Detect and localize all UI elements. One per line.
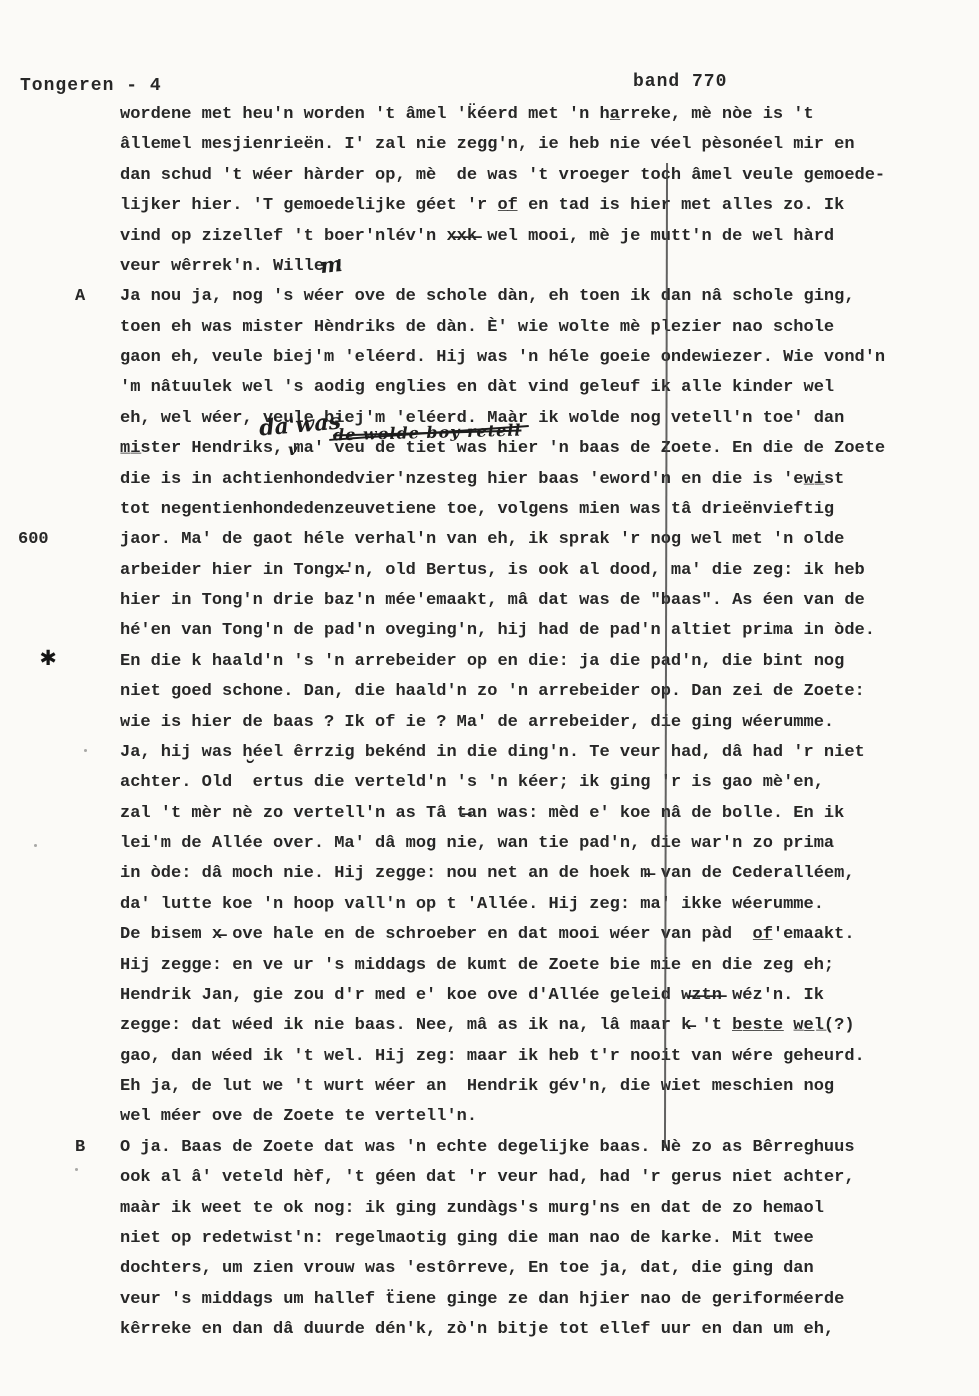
text-line: kêrreke en dan dâ duurde dén'k, zò'n bit… <box>120 1315 885 1345</box>
scan-speck <box>84 749 87 752</box>
text-line: vind op zizellef 't boer'nlév'n x̶x̶k̶ w… <box>120 222 885 252</box>
scan-speck <box>75 1168 78 1171</box>
text-line: dan schud 't wéer hàrder op, mè de was '… <box>120 161 885 191</box>
line-text: wordene met heu'n worden 't âmel 'k̈éerd… <box>120 105 814 124</box>
line-text: veur wêrrek'n. Wille ! <box>120 257 344 276</box>
text-line: 600jaor. Ma' de gaot héle verhal'n van e… <box>120 525 885 555</box>
line-text: Hij zegge: en ve ur 's middags de kumt d… <box>120 956 834 975</box>
text-line: veur wêrrek'n. Wille ! <box>120 252 885 282</box>
line-text: hier in Tong'n drie baz'n mée'emaakt, mâ… <box>120 591 865 610</box>
text-line: dochters, um zien vrouw was 'estôrreve, … <box>120 1254 885 1284</box>
line-text: niet op redetwist'n: regelmaotig ging di… <box>120 1229 814 1248</box>
text-line: in òde: dâ moch nie. Hij zegge: nou net … <box>120 859 885 889</box>
text-line: BO ja. Baas de Zoete dat was 'n echte de… <box>120 1133 885 1163</box>
text-line: âllemel mesjienrieën. I' zal nie zegg'n,… <box>120 130 885 160</box>
text-line: niet op redetwist'n: regelmaotig ging di… <box>120 1224 885 1254</box>
line-text: maàr ik weet te ok nog: ik ging zundàgs'… <box>120 1199 824 1218</box>
text-line: arbeider hier in Tongx̶'n, old Bertus, i… <box>120 556 885 586</box>
line-text: kêrreke en dan dâ duurde dén'k, zò'n bit… <box>120 1320 834 1339</box>
text-line: da' lutte koe 'n hoop vall'n op t 'Allée… <box>120 890 885 920</box>
text-line: zal 't mèr nè zo vertell'n as Tâ t̶an wa… <box>120 799 885 829</box>
margin-mark: B <box>75 1133 85 1163</box>
text-line: wel méer ove de Zoete te vertell'n. <box>120 1102 885 1132</box>
line-text: O ja. Baas de Zoete dat was 'n echte deg… <box>120 1138 855 1157</box>
text-line: Eh ja, de lut we 't wurt wéer an Hendrik… <box>120 1072 885 1102</box>
text-line: ✱En die k haald'n 's 'n arrebeider op en… <box>120 647 885 677</box>
text-line: hé'en van Tong'n de pad'n oveging'n, hij… <box>120 616 885 646</box>
insertion-caret-icon: v <box>288 440 297 459</box>
text-line: De bisem x̶ ove hale en de schroeber en … <box>120 920 885 950</box>
text-line: gao, dan wéed ik 't wel. Hij zeg: maar i… <box>120 1042 885 1072</box>
line-text: gao, dan wéed ik 't wel. Hij zeg: maar i… <box>120 1047 865 1066</box>
margin-mark: ✱ <box>40 644 56 674</box>
line-text: die is in achtienhondedvier'nzesteg hier… <box>120 470 844 489</box>
text-line: veur 's middags um hallef ẗiene ginge z… <box>120 1285 885 1315</box>
text-line: wordene met heu'n worden 't âmel 'k̈éerd… <box>120 100 885 130</box>
line-text: toen eh was mister Hèndriks de dàn. È' w… <box>120 318 834 337</box>
text-line: toen eh was mister Hèndriks de dàn. È' w… <box>120 313 885 343</box>
line-text: Ja, hij was héel êrrzig bekénd in die di… <box>120 743 865 762</box>
text-line: 'm nâtuulek wel 's aodig englies en dàt … <box>120 373 885 403</box>
line-text: m̲i̲ster Hendriks, ma' veu de tiet was h… <box>120 439 885 458</box>
scanned-document-page: { "header": { "left": "Tongeren - 4", "r… <box>0 0 979 1396</box>
handwritten-letter-m: m <box>319 251 344 278</box>
margin-mark: A <box>75 282 85 312</box>
text-line: lijker hier. 'T gemoedelijke géet 'r o̲f… <box>120 191 885 221</box>
line-text: ook al â' veteld hèf, 't géen dat 'r veu… <box>120 1168 855 1187</box>
line-text: lijker hier. 'T gemoedelijke géet 'r o̲f… <box>120 196 844 215</box>
line-text: Hendrik Jan, gie zou d'r med e' koe ove … <box>120 986 824 1005</box>
text-line: AJa nou ja, nog 's wéer ove de schole dà… <box>120 282 885 312</box>
page-title: Tongeren - 4 <box>20 76 162 96</box>
text-line: niet goed schone. Dan, die haald'n zo 'n… <box>120 677 885 707</box>
text-line: hier in Tong'n drie baz'n mée'emaakt, mâ… <box>120 586 885 616</box>
line-text: zal 't mèr nè zo vertell'n as Tâ t̶an wa… <box>120 804 844 823</box>
line-text: zegge: dat wéed ik nie baas. Nee, mâ as … <box>120 1016 855 1035</box>
line-text: Ja nou ja, nog 's wéer ove de schole dàn… <box>120 287 855 306</box>
line-text: hé'en van Tong'n de pad'n oveging'n, hij… <box>120 621 875 640</box>
line-text: En die k haald'n 's 'n arrebeider op en … <box>120 652 844 671</box>
text-line: Hij zegge: en ve ur 's middags de kumt d… <box>120 951 885 981</box>
line-text: in òde: dâ moch nie. Hij zegge: nou net … <box>120 864 855 883</box>
line-text: lei'm de Allée over. Ma' dâ mog nie, wan… <box>120 834 834 853</box>
margin-mark: 600 <box>18 525 49 555</box>
line-text: âllemel mesjienrieën. I' zal nie zegg'n,… <box>120 135 855 154</box>
line-text: vind op zizellef 't boer'nlév'n x̶x̶k̶ w… <box>120 227 834 246</box>
text-line: Ja, hij was héel êrrzig bekénd in die di… <box>120 738 885 768</box>
text-line: lei'm de Allée over. Ma' dâ mog nie, wan… <box>120 829 885 859</box>
text-line: tot negentienhondedenzeuvetiene toe, vol… <box>120 495 885 525</box>
line-text: dan schud 't wéer hàrder op, mè de was '… <box>120 166 885 185</box>
scan-speck <box>34 844 37 847</box>
text-line: Hendrik Jan, gie zou d'r med e' koe ove … <box>120 981 885 1011</box>
text-line: die is in achtienhondedvier'nzesteg hier… <box>120 465 885 495</box>
transcript: wordene met heu'n worden 't âmel 'k̈éerd… <box>120 100 885 1345</box>
line-text: niet goed schone. Dan, die haald'n zo 'n… <box>120 682 865 701</box>
band-number: band 770 <box>633 72 727 92</box>
line-text: da' lutte koe 'n hoop vall'n op t 'Allée… <box>120 895 824 914</box>
line-text: wie is hier de baas ? Ik of ie ? Ma' de … <box>120 713 834 732</box>
line-text: tot negentienhondedenzeuvetiene toe, vol… <box>120 500 834 519</box>
line-text: dochters, um zien vrouw was 'estôrreve, … <box>120 1259 814 1278</box>
line-text: Eh ja, de lut we 't wurt wéer an Hendrik… <box>120 1077 834 1096</box>
line-text: jaor. Ma' de gaot héle verhal'n van eh, … <box>120 530 844 549</box>
text-line: achter. Old ertus die verteld'n 's 'n ké… <box>120 768 885 798</box>
text-line: wie is hier de baas ? Ik of ie ? Ma' de … <box>120 708 885 738</box>
text-line: zegge: dat wéed ik nie baas. Nee, mâ as … <box>120 1011 885 1041</box>
text-line: ook al â' veteld hèf, 't géen dat 'r veu… <box>120 1163 885 1193</box>
line-text: achter. Old ertus die verteld'n 's 'n ké… <box>120 773 824 792</box>
line-text: arbeider hier in Tongx̶'n, old Bertus, i… <box>120 561 865 580</box>
line-text: wel méer ove de Zoete te vertell'n. <box>120 1107 477 1126</box>
text-line: gaon eh, veule biej'm 'eléerd. Hij was '… <box>120 343 885 373</box>
line-text: veur 's middags um hallef ẗiene ginge z… <box>120 1290 844 1309</box>
line-text: gaon eh, veule biej'm 'eléerd. Hij was '… <box>120 348 885 367</box>
line-text: De bisem x̶ ove hale en de schroeber en … <box>120 925 855 944</box>
handwritten-correction-mark: ˘ <box>243 757 254 783</box>
text-line: maàr ik weet te ok nog: ik ging zundàgs'… <box>120 1194 885 1224</box>
line-text: 'm nâtuulek wel 's aodig englies en dàt … <box>120 378 834 397</box>
